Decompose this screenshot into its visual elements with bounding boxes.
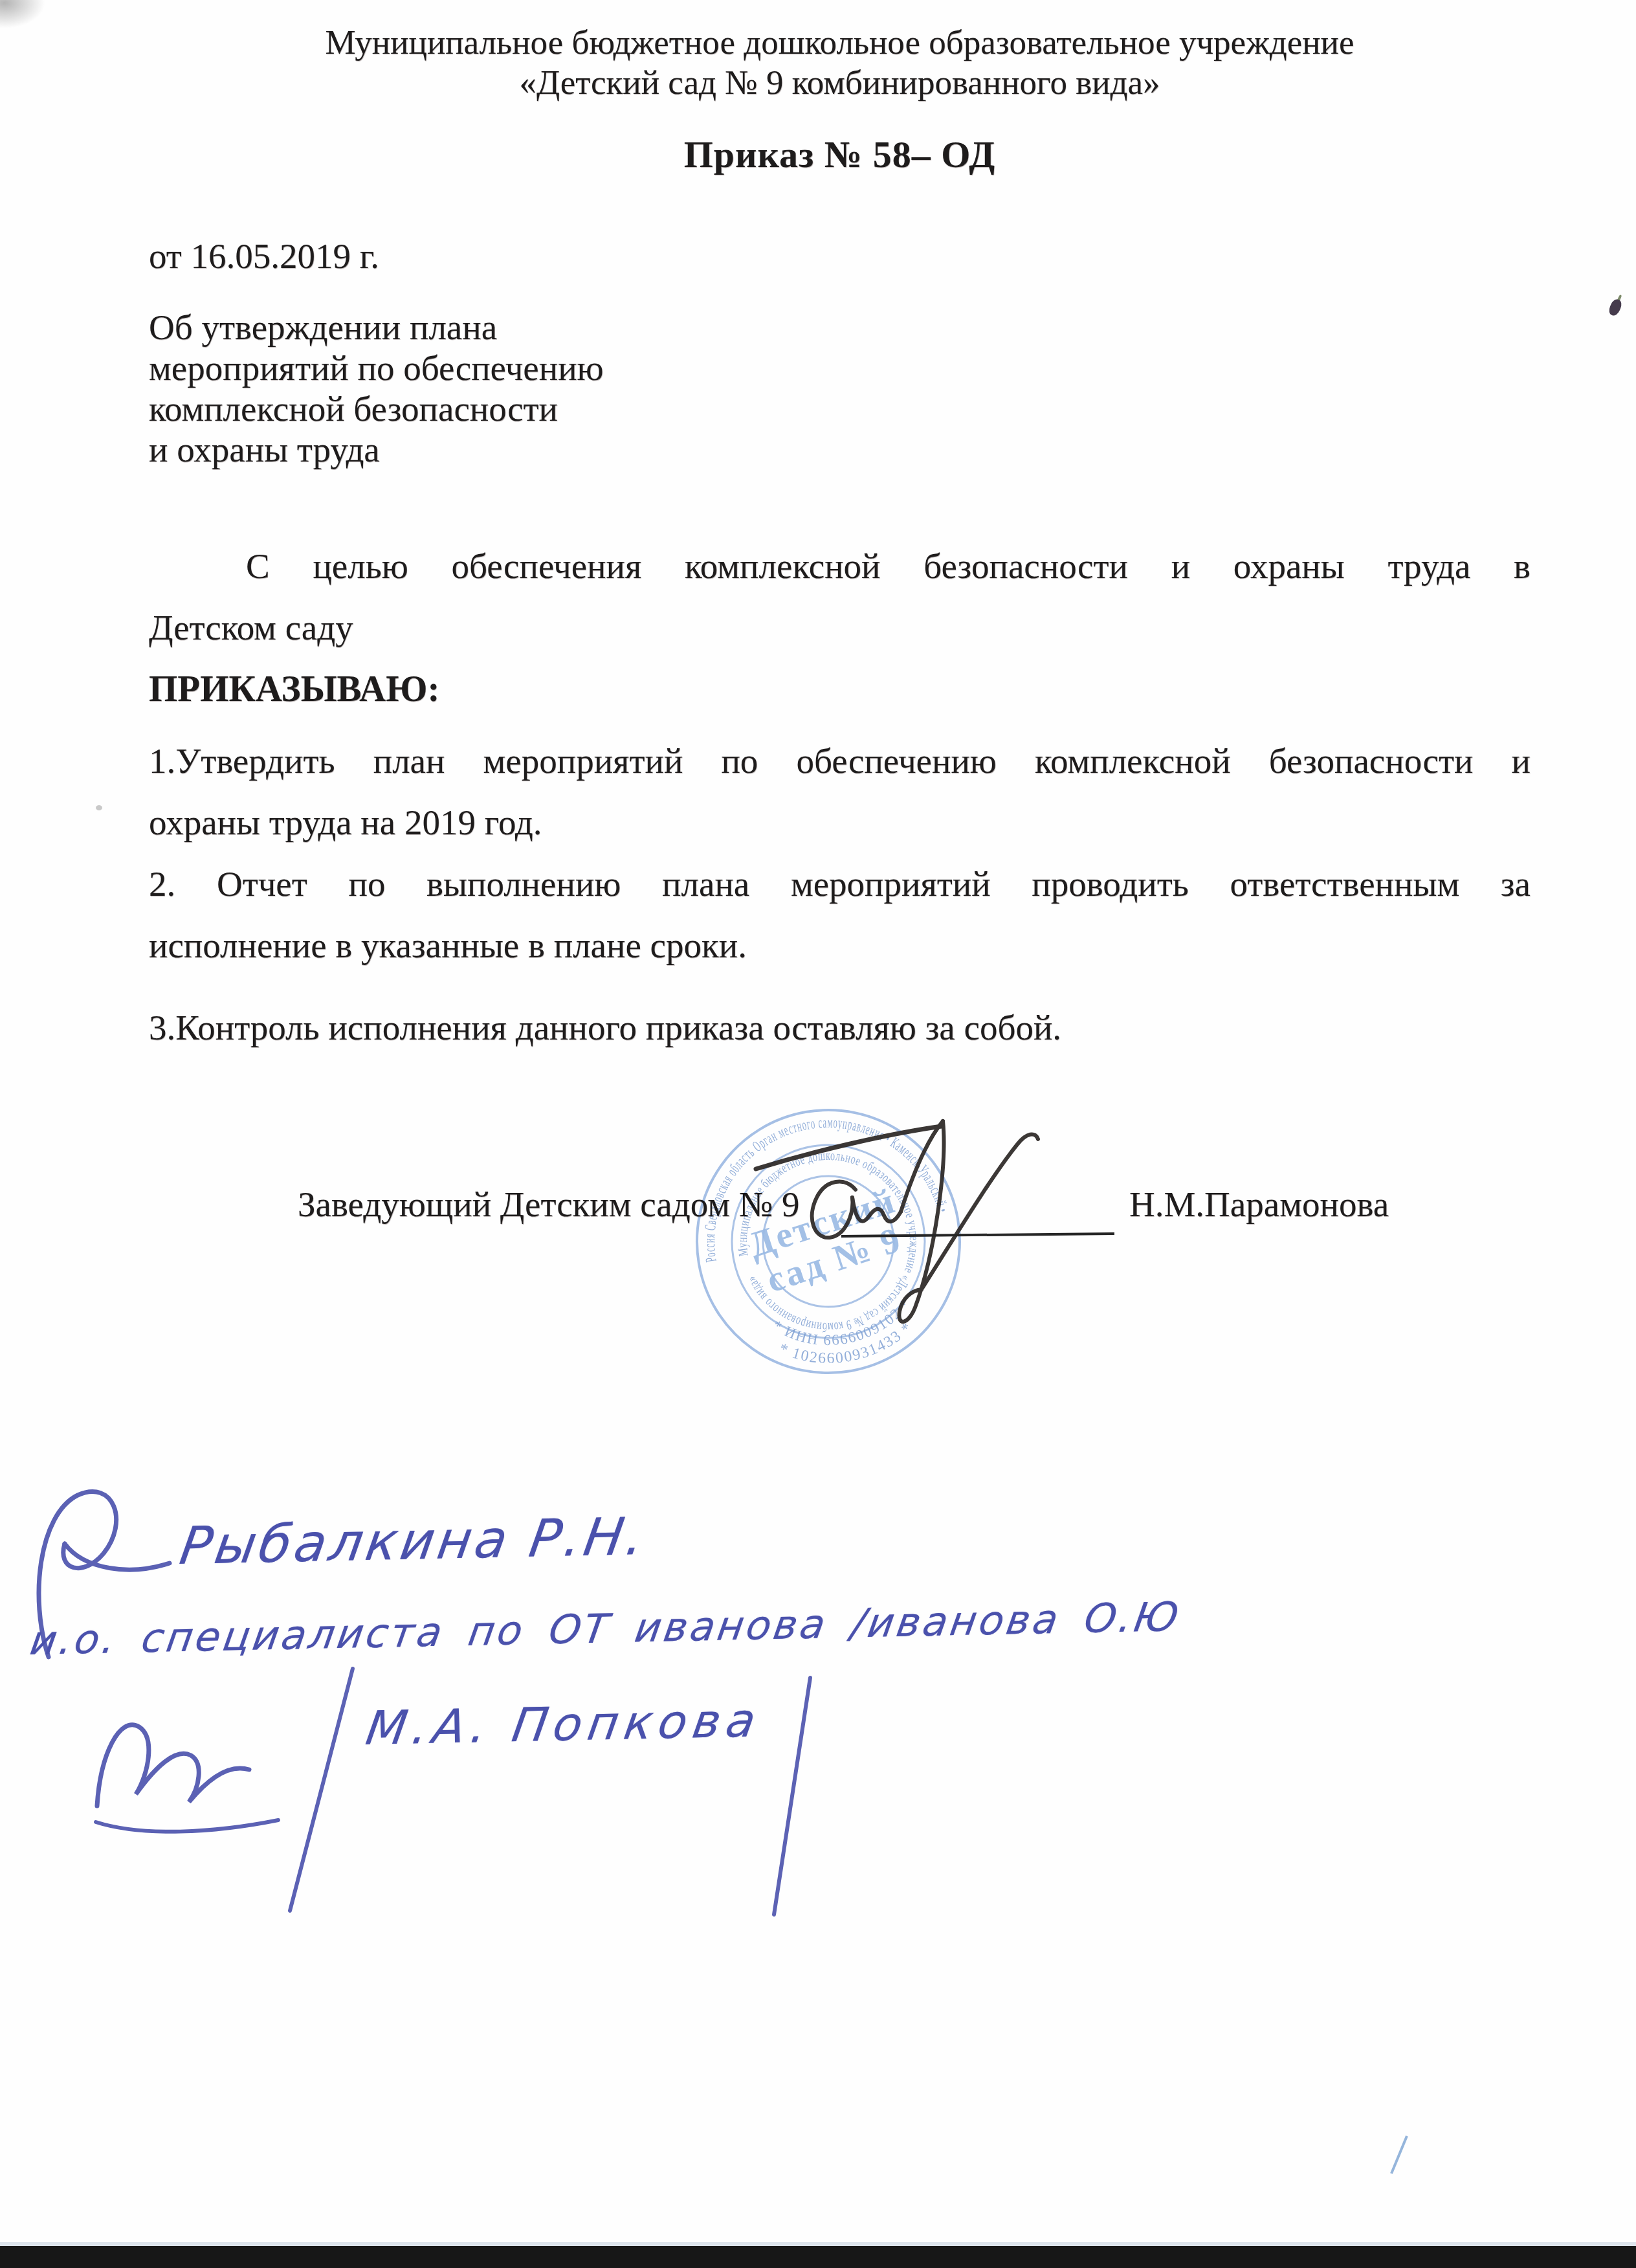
order-item-1-line-1: 1.Утвердить план мероприятий по обеспече…: [149, 740, 1531, 781]
org-name-line-2: «Детский сад № 9 комбинированного вида»: [149, 63, 1531, 103]
intro-paragraph-line-1: С целью обеспечения комплексной безопасн…: [149, 546, 1531, 586]
handwritten-note-specialist: и.о. специалиста по ОТ иванова /иванова …: [27, 1593, 1184, 1664]
org-name-line-1: Муниципальное бюджетное дошкольное образ…: [149, 23, 1531, 63]
scan-speck-left: [96, 805, 102, 810]
order-title: Приказ № 58– ОД: [149, 133, 1531, 177]
handwritten-name-rybalkina: Рыбалкина Р.Н.: [176, 1506, 651, 1576]
order-item-3-line-1: 3.Контроль исполнения данного приказа ос…: [149, 1007, 1531, 1048]
subject-line-4: и охраны труда: [149, 429, 1531, 470]
handwritten-slash-right: [774, 1678, 810, 1915]
signer-name: Н.М.Парамонова: [1129, 1184, 1582, 1225]
scanned-order-document: Муниципальное бюджетное дошкольное образ…: [0, 0, 1636, 2268]
stamp-graphic: Россия Свердловская область Орган местно…: [676, 1089, 980, 1394]
scan-speck-right: [1607, 298, 1623, 317]
order-date-line: от 16.05.2019 г.: [149, 236, 1531, 276]
official-round-stamp: Россия Свердловская область Орган местно…: [673, 1086, 984, 1397]
blue-pen-tick-artifact: [1391, 2136, 1407, 2173]
subject-line-3: комплексной безопасности: [149, 388, 1531, 429]
order-item-2-line-1: 2. Отчет по выполнению плана мероприятий…: [149, 863, 1531, 904]
handwritten-name-popkova: М.А. Попкова: [362, 1693, 766, 1755]
subject-line-1: Об утверждении плана: [149, 307, 1531, 348]
decree-heading: ПРИКАЗЫВАЮ:: [149, 668, 1531, 711]
order-item-1-line-2: охраны труда на 2019 год.: [149, 802, 1531, 843]
handwritten-slash-left: [290, 1669, 353, 1911]
scan-bottom-black-band: [0, 2242, 1636, 2268]
intro-paragraph-line-2: Детском саду: [149, 607, 1531, 648]
scan-corner-smudge: [0, 0, 45, 28]
subject-line-2: мероприятий по обеспечению: [149, 348, 1531, 388]
order-item-2-line-2: исполнение в указанные в плане сроки.: [149, 925, 1531, 966]
